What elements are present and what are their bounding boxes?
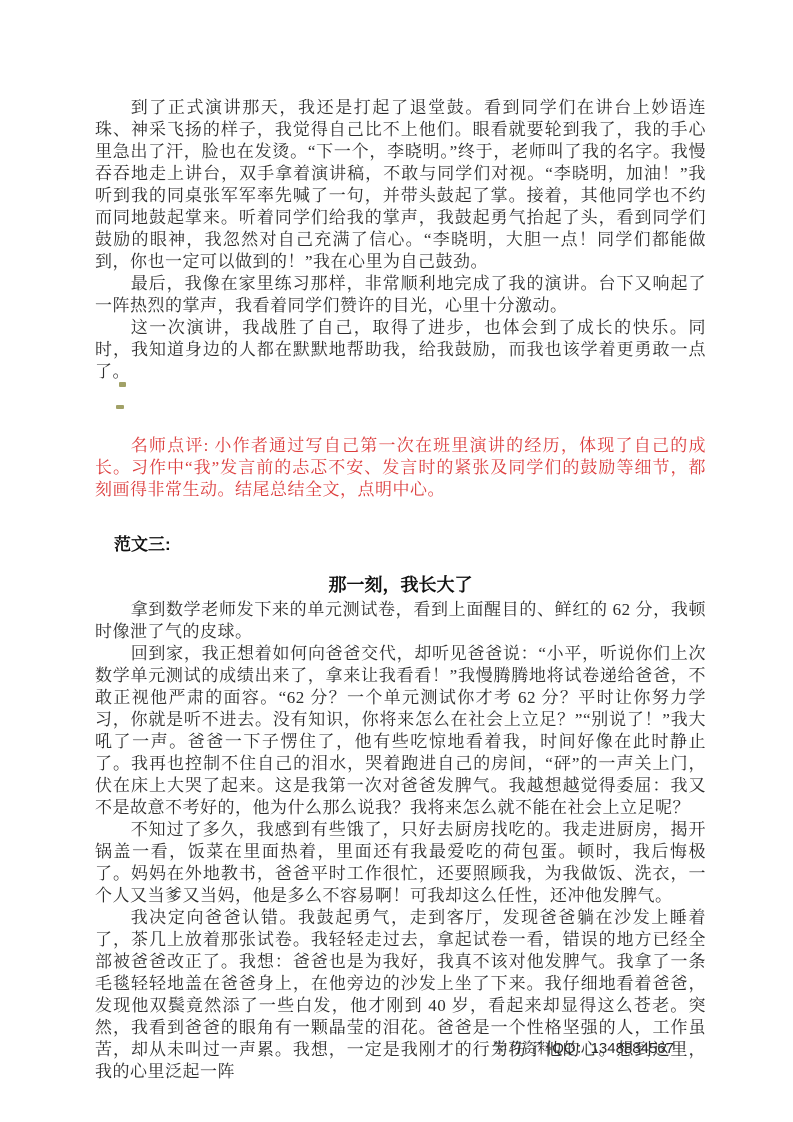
comment-anchor-mark [116, 405, 124, 409]
paragraph: 到了正式演讲那天，我还是打起了退堂鼓。看到同学们在讲台上妙语连珠、神采飞扬的样子… [95, 97, 706, 273]
page-content: 到了正式演讲那天，我还是打起了退堂鼓。看到同学们在讲台上妙语连珠、神采飞扬的样子… [95, 97, 706, 1083]
page-footer: 学习资料QQ：1348884567 [492, 1040, 674, 1058]
paragraph: 拿到数学老师发下来的单元测试卷，看到上面醒目的、鲜红的 62 分，我顿时像泄了气… [95, 599, 706, 643]
essay-title: 那一刻，我长大了 [95, 574, 706, 596]
teacher-comment: 名师点评: 小作者通过写自己第一次在班里演讲的经历，体现了自己的成长。习作中“我… [95, 435, 706, 501]
document-page: 到了正式演讲那天，我还是打起了退堂鼓。看到同学们在讲台上妙语连珠、神采飞扬的样子… [0, 0, 793, 1122]
essay-three-body: 拿到数学老师发下来的单元测试卷，看到上面醒目的、鲜红的 62 分，我顿时像泄了气… [95, 599, 706, 1083]
comment-anchor-mark [119, 382, 126, 387]
essay-two-body: 到了正式演讲那天，我还是打起了退堂鼓。看到同学们在讲台上妙语连珠、神采飞扬的样子… [95, 97, 706, 383]
paragraph: 最后，我像在家里练习那样，非常顺利地完成了我的演讲。台下又响起了一阵热烈的掌声，… [95, 273, 706, 317]
paragraph: 回到家，我正想着如何向爸爸交代，却听见爸爸说：“小平，听说你们上次数学单元测试的… [95, 643, 706, 819]
paragraph: 这一次演讲，我战胜了自己，取得了进步，也体会到了成长的快乐。同时，我知道身边的人… [95, 317, 706, 383]
section-heading: 范文三: [95, 534, 706, 556]
paragraph: 不知过了多久，我感到有些饿了，只好去厨房找吃的。我走进厨房，揭开锅盖一看，饭菜在… [95, 819, 706, 907]
